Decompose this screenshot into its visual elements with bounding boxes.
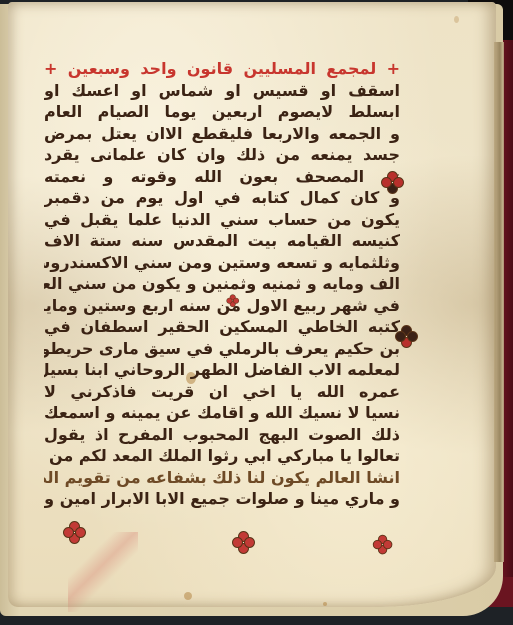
manuscript-text: + لمجمع المسليين قانون واحد وسبعين + اسق… [44,58,400,510]
text-line: لمعلمه الاب الفاضل الطهر الروحاني ابنا ب… [44,359,400,381]
red-ink-smear [68,532,138,612]
page-edge [494,42,504,562]
text-line: و ماري مينا و صلوات جميع الابا الابرار ا… [44,488,400,510]
text-line: و الجمعه والاربعا فليقطع الاان يعتل بمرض [44,123,400,145]
text-line: تعالوا يا مباركي ابي رثوا الملك المعد لك… [44,445,400,467]
text-line: تم المصحف بعون الله وقوته و نعمته [44,166,400,188]
quatrefoil-ornament-icon [233,532,255,554]
text-line: كنيسه القيامه بيت المقدس سنه ستة الاف [44,230,400,252]
text-line: الف ومايه و ثمنيه وثمنين و يكون من سني ا… [44,273,400,295]
text-line: وثلثمايه و تسعه وستين ومن سني الاكسندروس… [44,252,400,274]
quatrefoil-ornament-icon [382,172,404,194]
text-line: ابسلط لايصوم اربعين يوما الصيام العام [44,101,400,123]
text-line: و كان كمال كتابه في اول يوم من دقمبر [44,187,400,209]
quatrefoil-ornament-icon [374,536,393,555]
text-line: يكون من حساب سني الدنيا علما يقبل في [44,209,400,231]
text-line: عمره الله يا اخي ان قريت فاذكرني لا [44,381,400,403]
text-line: ذلك الصوت البهج المحبوب المفرح اذ يقول [44,424,400,446]
text-line: في شهر ربيع الاول من سنه اربع وستين وماي… [44,295,400,317]
text-line: انشا العالم يكون لنا ذلك بشفاعه من تقويم… [44,467,400,489]
stain [323,602,327,606]
quatrefoil-ornament-icon [227,295,239,307]
stain [454,16,459,23]
quatrefoil-ornament-icon [396,326,418,348]
rubric-heading: + لمجمع المسليين قانون واحد وسبعين + [44,58,400,80]
text-line: نسيا لا نسيك الله و اقامك عن يمينه و اسم… [44,402,400,424]
text-line: كتبه الخاطي المسكين الحقير اسطفان في [44,316,400,338]
quatrefoil-ornament-icon [64,522,86,544]
stain [184,592,192,600]
text-line: اسقف او قسيس او شماس او اعسك او [44,80,400,102]
text-line: بن حكيم يعرف بالرملي في سيق مارى حريطون [44,338,400,360]
text-line: جسد يمنعه من ذلك وان كان علمانى يقرد [44,144,400,166]
